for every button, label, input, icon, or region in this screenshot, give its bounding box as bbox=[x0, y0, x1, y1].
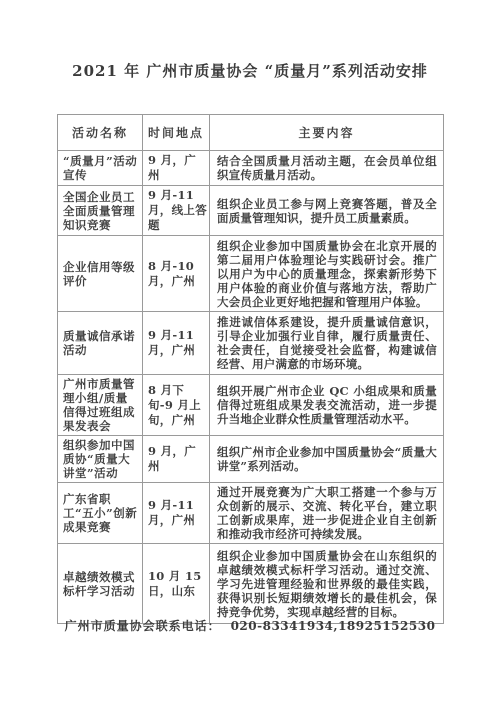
time-place-cell: 8 月下旬-9 月上旬，广州 bbox=[143, 375, 210, 436]
time-place-cell: 9 月-11 月，广州 bbox=[143, 312, 210, 375]
activity-name-cell: 广州市质量管理小组/质量信得过班组成果发表会 bbox=[58, 375, 143, 436]
main-content-cell: 组织企业员工参与网上竞赛答题，普及全面质量管理知识，提升员工质量素质。 bbox=[210, 186, 444, 236]
activity-name-cell: 卓越绩效模式标杆学习活动 bbox=[58, 544, 143, 624]
column-header-time-place: 时间地点 bbox=[143, 115, 210, 151]
main-content-cell: 推进诚信体系建设，提升质量诚信意识，引导企业加强行业自律，履行质量责任、社会责任… bbox=[210, 312, 444, 375]
table-row: 组织参加中国质协“质量大讲堂”活动 9 月，广州 组织广州市企业参加中国质量协会… bbox=[58, 436, 444, 483]
table-row: 全国企业员工全面质量管理知识竞赛 9 月-11 月，线上答题 组织企业员工参与网… bbox=[58, 186, 444, 236]
time-place-cell: 10 月 15 日，山东 bbox=[143, 544, 210, 624]
main-content-cell: 组织企业参加中国质量协会在山东组织的卓越绩效模式标杆学习活动。通过交流、学习先进… bbox=[210, 544, 444, 624]
column-header-activity-name: 活动名称 bbox=[58, 115, 143, 151]
time-place-cell: 9 月，广州 bbox=[143, 436, 210, 483]
table-row: “质量月”活动宣传 9 月，广州 结合全国质量月活动主题，在会员单位组织宣传质量… bbox=[58, 151, 444, 186]
table-row: 质量诚信承诺活动 9 月-11 月，广州 推进诚信体系建设，提升质量诚信意识，引… bbox=[58, 312, 444, 375]
activity-name-cell: 企业信用等级评价 bbox=[58, 236, 143, 312]
time-place-cell: 9 月-11 月，广州 bbox=[143, 483, 210, 544]
table-row: 卓越绩效模式标杆学习活动 10 月 15 日，山东 组织企业参加中国质量协会在山… bbox=[58, 544, 444, 624]
activity-name-cell: 全国企业员工全面质量管理知识竞赛 bbox=[58, 186, 143, 236]
table-row: 广东省职工“五小”创新成果竞赛 9 月-11 月，广州 通过开展竞赛为广大职工搭… bbox=[58, 483, 444, 544]
column-header-main-content: 主要内容 bbox=[210, 115, 444, 151]
main-content-cell: 组织开展广州市企业 QC 小组成果和质量信得过班组成果发表交流活动，进一步提升当… bbox=[210, 375, 444, 436]
contact-phone-numbers: 020-83341934,18925152530 bbox=[231, 619, 436, 633]
main-content-cell: 组织广州市企业参加中国质量协会“质量大讲堂”系列活动。 bbox=[210, 436, 444, 483]
table-header-row: 活动名称 时间地点 主要内容 bbox=[58, 115, 444, 151]
activities-table: 活动名称 时间地点 主要内容 “质量月”活动宣传 9 月，广州 结合全国质量月活… bbox=[57, 114, 444, 624]
table-row: 企业信用等级评价 8 月-10 月，广州 组织企业参加中国质量协会在北京开展的第… bbox=[58, 236, 444, 312]
main-content-cell: 结合全国质量月活动主题，在会员单位组织宣传质量月活动。 bbox=[210, 151, 444, 186]
main-content-cell: 组织企业参加中国质量协会在北京开展的第二届用户体验理论与实践研讨会。推广以用户为… bbox=[210, 236, 444, 312]
activity-name-cell: 广东省职工“五小”创新成果竞赛 bbox=[58, 483, 143, 544]
document-page: 2021 年 广州市质量协会 “质量月”系列活动安排 活动名称 时间地点 主要内… bbox=[0, 0, 500, 707]
table-row: 广州市质量管理小组/质量信得过班组成果发表会 8 月下旬-9 月上旬，广州 组织… bbox=[58, 375, 444, 436]
main-content-cell: 通过开展竞赛为广大职工搭建一个参与万众创新的展示、交流、转化平台，建立职工创新成… bbox=[210, 483, 444, 544]
contact-info: 广州市质量协会联系电话：020-83341934,18925152530 bbox=[0, 617, 500, 634]
activity-name-cell: “质量月”活动宣传 bbox=[58, 151, 143, 186]
time-place-cell: 9 月，广州 bbox=[143, 151, 210, 186]
time-place-cell: 9 月-11 月，线上答题 bbox=[143, 186, 210, 236]
activity-name-cell: 组织参加中国质协“质量大讲堂”活动 bbox=[58, 436, 143, 483]
contact-label: 广州市质量协会联系电话： bbox=[65, 619, 221, 633]
page-title: 2021 年 广州市质量协会 “质量月”系列活动安排 bbox=[0, 60, 500, 81]
time-place-cell: 8 月-10 月，广州 bbox=[143, 236, 210, 312]
activity-name-cell: 质量诚信承诺活动 bbox=[58, 312, 143, 375]
